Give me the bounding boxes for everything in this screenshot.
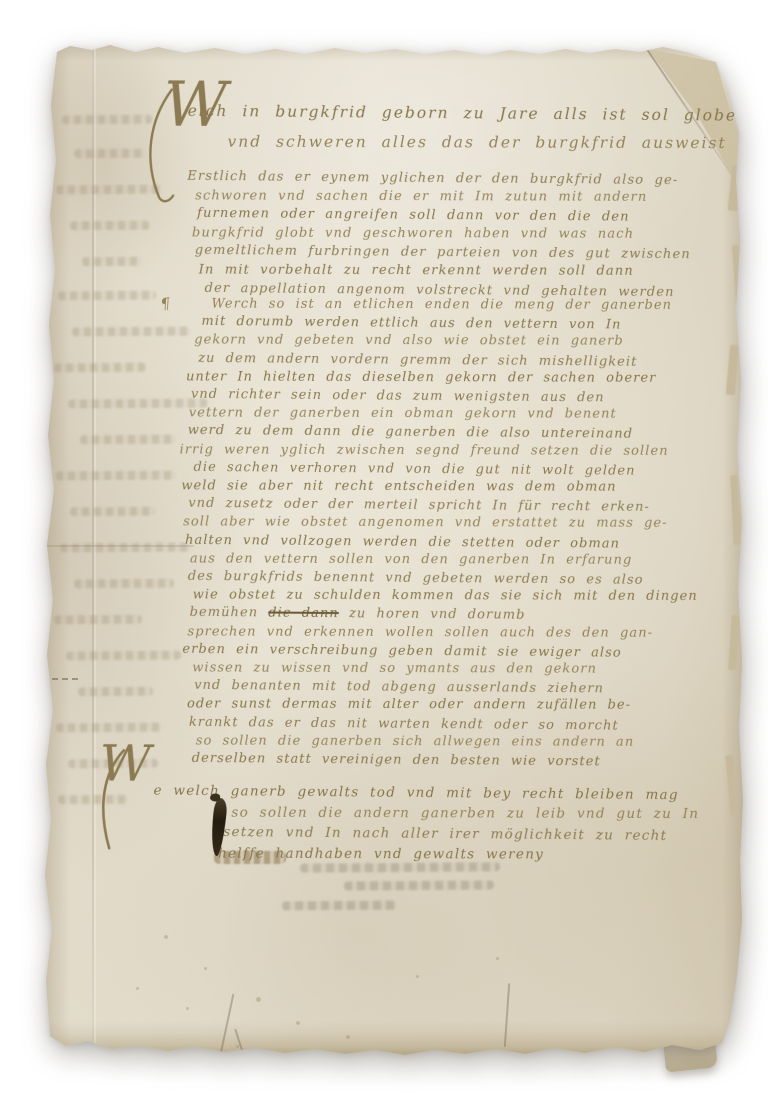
manuscript-line: unter In hielten das dieselben gekorn de…	[186, 368, 699, 388]
manuscript-line: vettern der ganerben ein obman gekorn vn…	[189, 405, 699, 425]
manuscript-line: derselben statt vereinigen den besten wi…	[192, 750, 697, 773]
manuscript-text: W elch in burgkfrid geborn zu Jare alls …	[41, 43, 747, 1057]
paragraph-opening: W elch in burgkfrid geborn zu Jare alls …	[187, 96, 768, 160]
paragraph-closing: W e welch ganerb gewalts tod vnd mit bey…	[153, 781, 699, 866]
decorated-initial: W	[100, 738, 153, 788]
manuscript-page: W elch in burgkfrid geborn zu Jare alls …	[44, 45, 744, 1055]
manuscript-line: wissen zu wissen vnd so ymants aus den g…	[192, 659, 697, 679]
manuscript-line: In mit vorbehalt zu recht erkennt werden…	[199, 261, 691, 281]
manuscript-line: aus den vettern sollen von den ganerben …	[190, 550, 698, 570]
manuscript-line: weld sie aber nit recht entscheiden was …	[181, 477, 698, 497]
manuscript-line: schworen vnd sachen die er mit Im zutun …	[195, 187, 691, 207]
paragraph-clause2: ¶ Werch so ist an etlichen enden die men…	[184, 295, 700, 771]
manuscript-line: soll aber wie obstet angenomen vnd ersta…	[183, 514, 698, 534]
paragraph-clause1: Erstlich das er eynem yglichen der den b…	[187, 168, 692, 301]
manuscript-line: wie obstet zu schulden kommen das sie si…	[193, 587, 698, 607]
manuscript-line: so sollen die andern ganerben zu leib vn…	[231, 802, 699, 824]
struck-text: die dann	[268, 606, 339, 622]
manuscript-line: gekorn vnd gebeten vnd also wie obstet e…	[194, 332, 699, 352]
paper-sheet: W elch in burgkfrid geborn zu Jare alls …	[44, 45, 744, 1055]
manuscript-line: helffe handhaben vnd gewalts wereny	[218, 843, 699, 865]
line-text: bemühen	[190, 605, 269, 621]
line-text: zu horen vnd dorumb	[339, 607, 526, 624]
paragraph-mark: ¶	[159, 294, 172, 313]
manuscript-line: sprechen vnd erkennen wollen sollen auch…	[187, 623, 697, 643]
photo-backdrop: W elch in burgkfrid geborn zu Jare alls …	[0, 0, 768, 1098]
manuscript-line: so sollen die ganerben sich allwegen ein…	[196, 732, 697, 752]
manuscript-line: irrig weren yglich zwischen segnd freund…	[180, 441, 699, 461]
manuscript-line: burgkfrid globt vnd geschworen haben vnd…	[192, 224, 691, 244]
manuscript-line: Werch so ist an etlichen enden die meng …	[211, 295, 699, 315]
manuscript-line: oder sunst dermas mit alter oder andern …	[187, 696, 697, 716]
manuscript-line: vnd schweren alles das der burgkfrid aus…	[227, 127, 768, 159]
